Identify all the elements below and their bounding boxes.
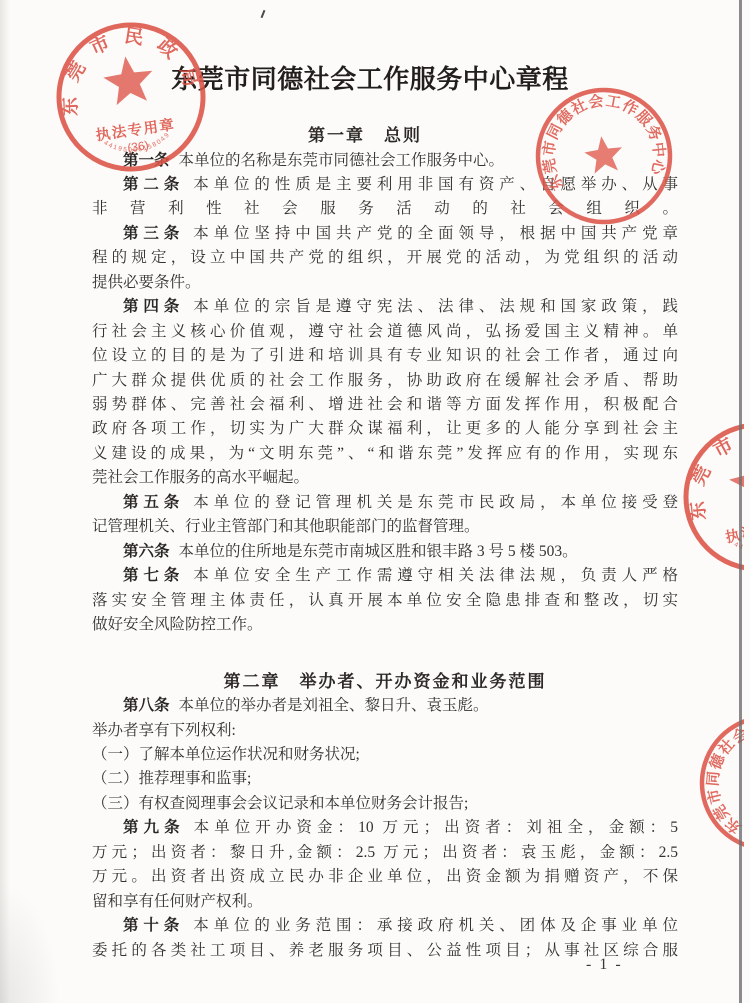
doc-line: 落实安全管理主体责任，认真开展本单位安全隐患排查和整改，切实 xyxy=(92,589,678,613)
doc-line: 义建设的成果，为“文明东莞”、“和谐东莞”发挥应有的作用，实现东 xyxy=(92,442,678,466)
chapter-heading: 第二章 举办者、开办资金和业务范围 xyxy=(92,670,678,695)
scan-edge-margin xyxy=(744,0,750,1003)
document-body: 第一章 总则第一条本单位的名称是东莞市同德社会工作服务中心。第二条本单位的性质是… xyxy=(92,124,678,963)
article-number: 第八条 xyxy=(123,697,170,714)
doc-line: 提供必要条件。 xyxy=(92,271,678,295)
doc-line: 政府各项工作，切实为广大群众谋福利，让更多的人能分享到社会主 xyxy=(92,417,678,441)
star-icon xyxy=(101,53,156,106)
scan-edge-line xyxy=(739,0,742,1003)
doc-line: 第十条本单位的业务范围：承接政府机关、团体及企事业单位 xyxy=(92,914,678,938)
doc-line: （二）推荐理事和监事; xyxy=(92,767,678,791)
doc-line: 广大群众提供优质的社会工作服务，协助政府在缓解社会矛盾、帮助 xyxy=(92,369,678,393)
doc-line: 弱势群体、完善社会福利、增进社会和谐等方面发挥作用，积极配合 xyxy=(92,393,678,417)
doc-line: 第五条本单位的登记管理机关是东莞市民政局，本单位接受登 xyxy=(92,491,678,515)
doc-line: 第四条本单位的宗旨是遵守宪法、法律、法规和国家政策，践 xyxy=(92,295,678,319)
doc-line: 第八条本单位的举办者是刘祖全、黎日升、袁玉彪。 xyxy=(92,694,678,718)
doc-line: 第七条本单位安全生产工作需遵守相关法律法规，负责人严格 xyxy=(92,564,678,588)
doc-line: 记管理机关、行业主管部门和其他职能部门的监督管理。 xyxy=(92,515,678,539)
doc-line: 万元；出资者：黎日升,金额：2.5 万元；出资者：袁玉彪，金额：2.5 xyxy=(92,841,678,865)
civil-affairs-seal-top-left: 东莞市民政局 执法专用章 (36) 44195066158049 xyxy=(46,12,216,182)
doc-line: 做好安全风险防控工作。 xyxy=(92,613,678,637)
doc-line: 程的规定，设立中国共产党的组织，开展党的活动，为党组织的活动 xyxy=(92,246,678,270)
doc-line: （一）了解本单位运作状况和财务状况; xyxy=(92,743,678,767)
article-number: 第十条 xyxy=(123,917,184,934)
scan-corner-shadow xyxy=(0,883,60,1003)
article-number: 第六条 xyxy=(123,543,170,560)
doc-line: 行社会主义核心价值观，遵守社会道德风尚，弘扬爱国主义精神。单 xyxy=(92,320,678,344)
page-number: - 1 - xyxy=(586,956,623,974)
article-number: 第九条 xyxy=(123,819,185,836)
doc-line: 举办者享有下列权利: xyxy=(92,719,678,743)
doc-line: 位设立的目的是为了引进和培训具有专业知识的社会工作者，通过向 xyxy=(92,344,678,368)
doc-line: 留和享有任何财产权利。 xyxy=(92,890,678,914)
organization-seal-top-right: 东莞市同德社会工作服务中心 xyxy=(529,81,679,231)
document-page: 东莞市民政局 执法专用章 (36) 44195066158049 东莞市同德社会… xyxy=(0,0,750,1003)
article-number: 第五条 xyxy=(123,494,184,511)
doc-line: 莞社会工作服务的高水平崛起。 xyxy=(92,466,678,490)
article-number: 第七条 xyxy=(123,567,184,584)
doc-line: 第九条本单位开办资金：10 万元；出资者：刘祖全，金额：5 xyxy=(92,816,678,840)
article-number: 第四条 xyxy=(123,298,184,315)
article-number: 第三条 xyxy=(123,225,184,242)
doc-line: （三）有权查阅理事会会议记录和本单位财务会计报告; xyxy=(92,792,678,816)
scan-left-shadow xyxy=(0,0,10,1003)
doc-line: 万元。出资者出资成立民办非企业单位，出资金额为捐赠资产，不保 xyxy=(92,865,678,889)
star-icon xyxy=(582,134,625,175)
doc-line: 第六条本单位的住所地是东莞市南城区胜和银丰路 3 号 5 楼 503。 xyxy=(92,540,678,564)
